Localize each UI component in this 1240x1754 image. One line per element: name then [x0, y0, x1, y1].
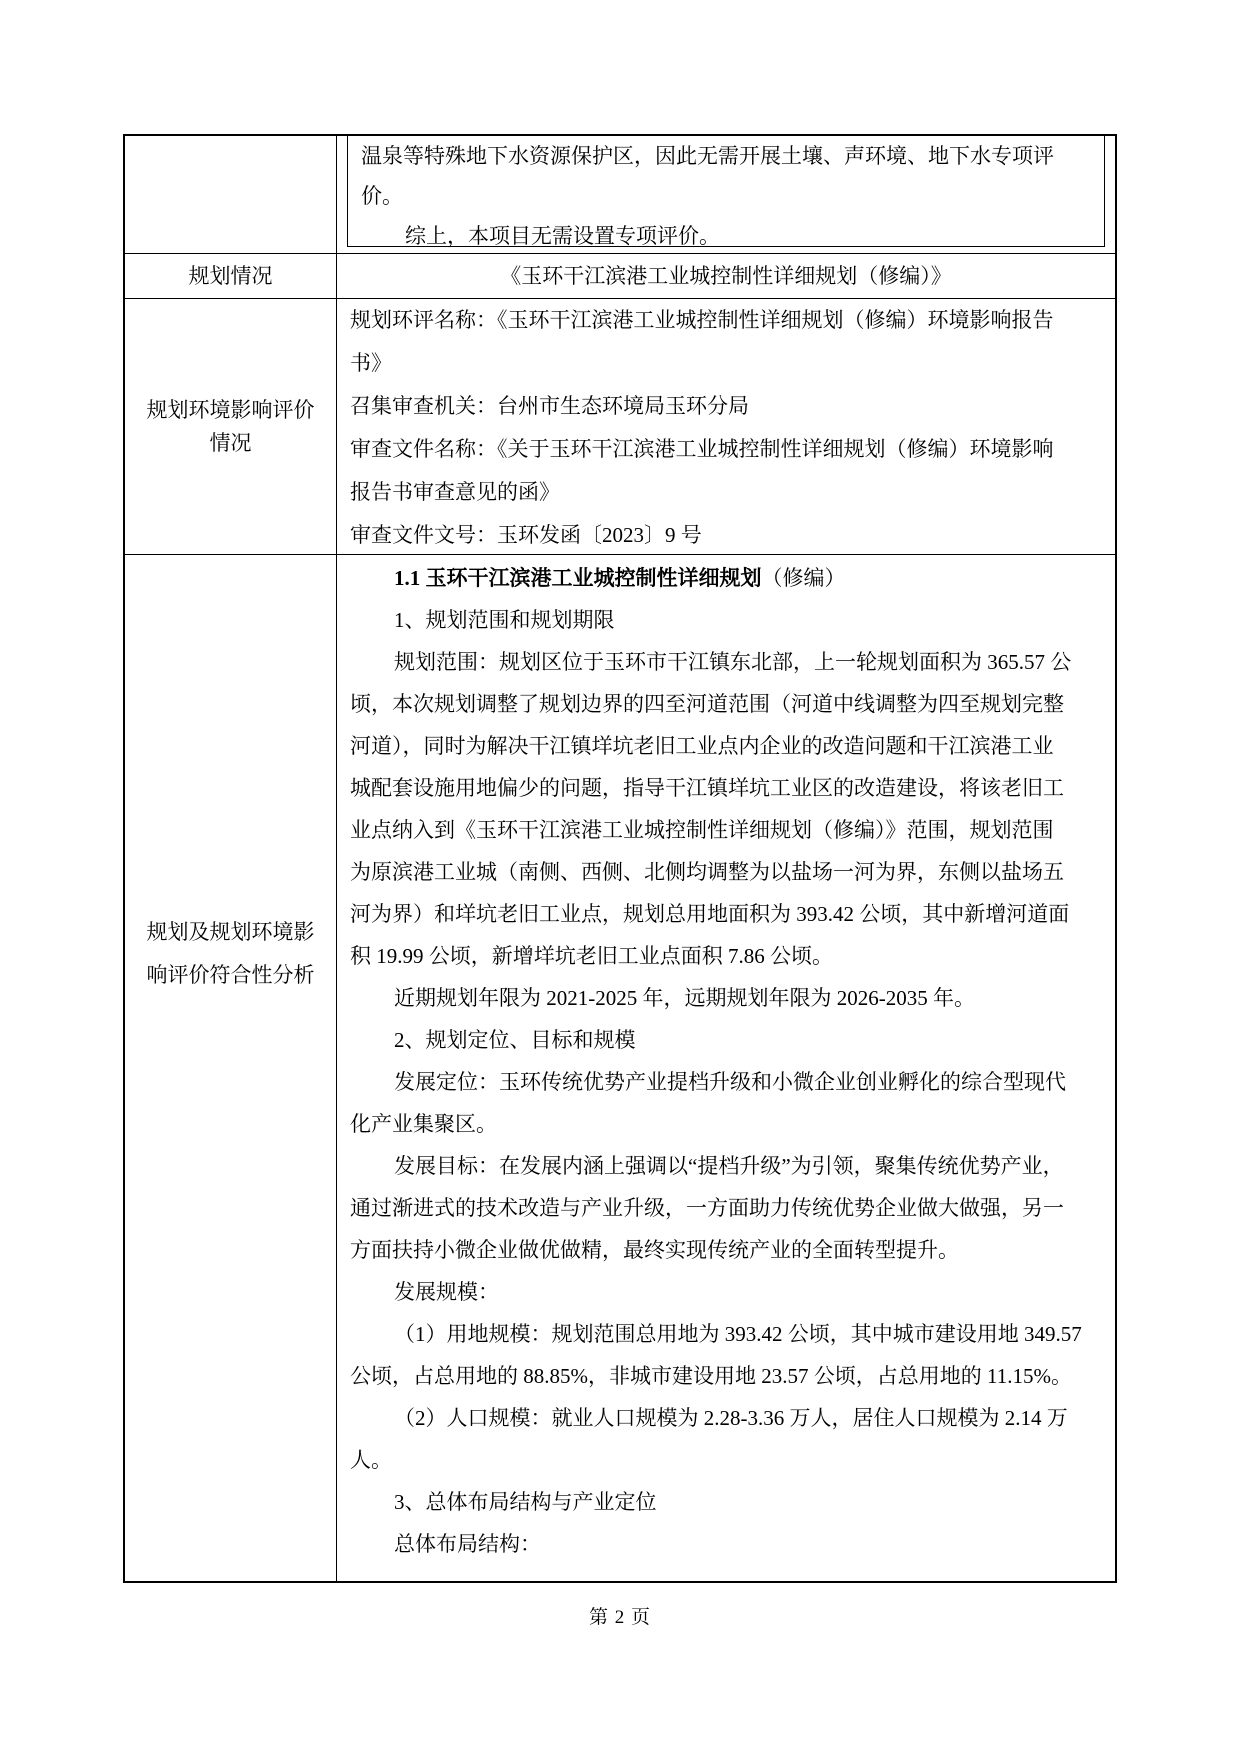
empty-label-cell — [125, 136, 337, 253]
text-line: 顷，本次规划调整了规划边界的四至河道范围（河道中线调整为四至规划完整 — [350, 683, 1103, 725]
row-compliance-analysis: 规划及规划环境影 响评价符合性分析 1.1 玉环干江滨港工业城控制性详细规划（修… — [125, 554, 1115, 1581]
heading-bold-text: 1.1 玉环干江滨港工业城控制性详细规划 — [394, 566, 762, 590]
text-line: 公顷，占总用地的 88.85%，非城市建设用地 23.57 公顷，占总用地的 1… — [350, 1355, 1103, 1397]
text-line: 河为界）和垟坑老旧工业点，规划总用地面积为 393.42 公顷，其中新增河道面 — [350, 893, 1103, 935]
text-line: 温泉等特殊地下水资源保护区，因此无需开展土壤、声环境、地下水专项评 — [361, 136, 1094, 176]
label-text: 规划情况 — [189, 260, 273, 293]
text-line: 书》 — [350, 342, 1103, 385]
text-line: （1）用地规模：规划范围总用地为 393.42 公顷，其中城市建设用地 349.… — [350, 1313, 1103, 1355]
text-line: 人。 — [350, 1439, 1103, 1481]
report-table: 温泉等特殊地下水资源保护区，因此无需开展土壤、声环境、地下水专项评 价。 综上，… — [123, 134, 1117, 1583]
label-text: 规划环境影响评价 — [147, 394, 315, 427]
row-special-evaluation-continued: 温泉等特殊地下水资源保护区，因此无需开展土壤、声环境、地下水专项评 价。 综上，… — [125, 136, 1115, 253]
text-line: 综上，本项目无需设置专项评价。 — [361, 216, 1094, 253]
text-line: 通过渐进式的技术改造与产业升级，一方面助力传统优势企业做大做强，另一 — [350, 1187, 1103, 1229]
text-line: 发展定位：玉环传统优势产业提档升级和小微企业创业孵化的综合型现代 — [350, 1061, 1103, 1103]
text-line: 业点纳入到《玉环干江滨港工业城控制性详细规划（修编）》范围，规划范围 — [350, 809, 1103, 851]
page-number: 第 2 页 — [0, 1602, 1240, 1629]
text-line: 河道），同时为解决干江镇垟坑老旧工业点内企业的改造问题和干江滨港工业 — [350, 725, 1103, 767]
special-evaluation-content-cell: 温泉等特殊地下水资源保护区，因此无需开展土壤、声环境、地下水专项评 价。 综上，… — [337, 136, 1115, 253]
text-line: 规划范围：规划区位于玉环市干江镇东北部，上一轮规划面积为 365.57 公 — [350, 641, 1103, 683]
plan-eia-content-cell: 规划环评名称：《玉环干江滨港工业城控制性详细规划（修编）环境影响报告 书》 召集… — [337, 299, 1115, 554]
text-line: 近期规划年限为 2021-2025 年，远期规划年限为 2026-2035 年。 — [350, 977, 1103, 1019]
label-text-block: 规划及规划环境影 响评价符合性分析 — [125, 911, 336, 997]
label-text: 规划及规划环境影 — [125, 911, 336, 954]
text-line: 3、总体布局结构与产业定位 — [350, 1481, 1103, 1523]
text-line: 城配套设施用地偏少的问题，指导干江镇垟坑工业区的改造建设，将该老旧工 — [350, 767, 1103, 809]
text-line: 为原滨港工业城（南侧、西侧、北侧均调整为以盐场一河为界，东侧以盐场五 — [350, 851, 1103, 893]
text-line: 积 19.99 公顷，新增垟坑老旧工业点面积 7.86 公顷。 — [350, 935, 1103, 977]
text-line: 化产业集聚区。 — [350, 1103, 1103, 1145]
row-plan-eia: 规划环境影响评价 情况 规划环评名称：《玉环干江滨港工业城控制性详细规划（修编）… — [125, 298, 1115, 554]
compliance-analysis-label: 规划及规划环境影 响评价符合性分析 — [125, 555, 337, 1581]
text-line: 报告书审查意见的函》 — [350, 471, 1103, 514]
text-line: 发展规模： — [350, 1271, 1103, 1313]
heading-tail-text: （修编） — [762, 566, 846, 590]
plan-overview-label: 规划情况 — [125, 254, 337, 298]
text-line: 审查文件名称：《关于玉环干江滨港工业城控制性详细规划（修编）环境影响 — [350, 428, 1103, 471]
row-plan-overview: 规划情况 《玉环干江滨港工业城控制性详细规划（修编）》 — [125, 253, 1115, 298]
text-line: 审查文件文号：玉环发函〔2023〕9 号 — [350, 514, 1103, 554]
plan-overview-content-cell: 《玉环干江滨港工业城控制性详细规划（修编）》 — [337, 254, 1115, 298]
text-line: 召集审查机关：台州市生态环境局玉环分局 — [350, 385, 1103, 428]
text-line: 规划环评名称：《玉环干江滨港工业城控制性详细规划（修编）环境影响报告 — [350, 299, 1103, 342]
label-text: 情况 — [210, 427, 252, 460]
plan-title-text: 《玉环干江滨港工业城控制性详细规划（修编）》 — [337, 254, 1115, 298]
text-line: 方面扶持小微企业做优做精，最终实现传统产业的全面转型提升。 — [350, 1229, 1103, 1271]
text-line: 2、规划定位、目标和规模 — [350, 1019, 1103, 1061]
text-line: 发展目标：在发展内涵上强调以“提档升级”为引领，聚集传统优势产业， — [350, 1145, 1103, 1187]
text-line: 价。 — [361, 176, 1094, 216]
continued-paragraph-box: 温泉等特殊地下水资源保护区，因此无需开展土壤、声环境、地下水专项评 价。 综上，… — [347, 136, 1105, 247]
section-heading: 1.1 玉环干江滨港工业城控制性详细规划（修编） — [350, 557, 1103, 599]
compliance-analysis-content-cell: 1.1 玉环干江滨港工业城控制性详细规划（修编） 1、规划范围和规划期限 规划范… — [337, 555, 1115, 1581]
plan-eia-label: 规划环境影响评价 情况 — [125, 299, 337, 554]
text-line: （2）人口规模：就业人口规模为 2.28-3.36 万人，居住人口规模为 2.1… — [350, 1397, 1103, 1439]
text-line: 1、规划范围和规划期限 — [350, 599, 1103, 641]
label-text: 响评价符合性分析 — [125, 954, 336, 997]
text-line: 总体布局结构： — [350, 1523, 1103, 1565]
